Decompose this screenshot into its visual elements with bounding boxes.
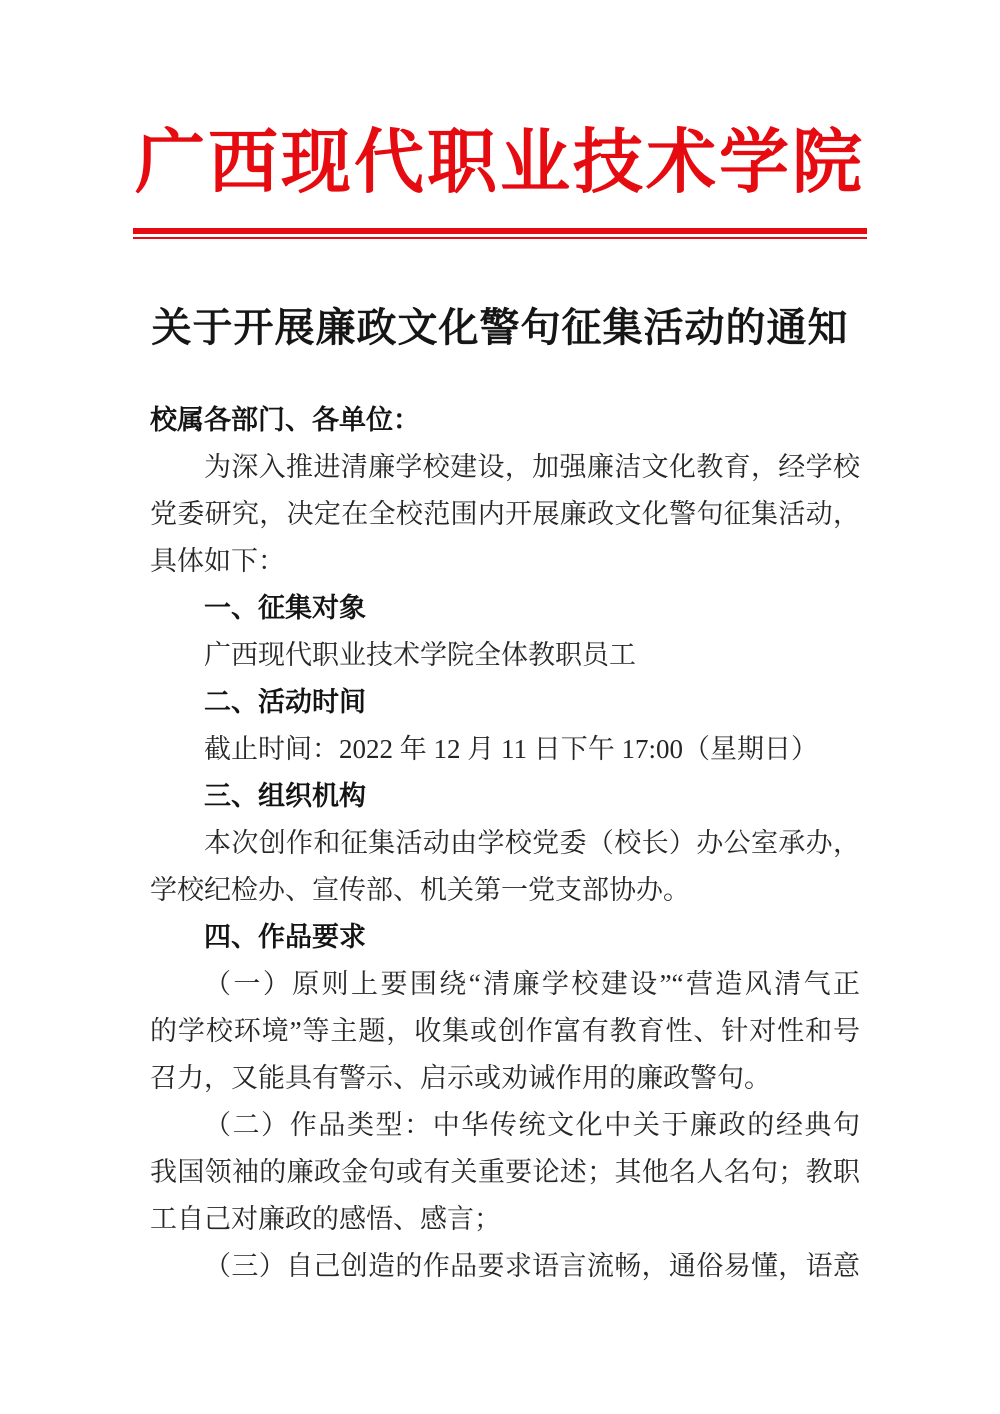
section-heading: 二、活动时间 bbox=[150, 679, 860, 726]
section-line: （二）作品类型：中华传统文化中关于廉政的经典句子； bbox=[150, 1102, 860, 1149]
section-heading: 三、组织机构 bbox=[150, 773, 860, 820]
letterhead: 广西现代职业技术学院 bbox=[0, 0, 1000, 239]
section-line: （三）自己创造的作品要求语言流畅，通俗易懂，语意 bbox=[150, 1243, 860, 1290]
section-activity-time: 二、活动时间 截止时间：2022 年 12 月 11 日下午 17:00（星期日… bbox=[150, 679, 860, 773]
notice-title: 关于开展廉政文化警句征集活动的通知 bbox=[0, 299, 1000, 357]
intro-line: 具体如下： bbox=[150, 538, 860, 585]
notice-document-page: 广西现代职业技术学院 关于开展廉政文化警句征集活动的通知 校属各部门、各单位： … bbox=[0, 0, 1000, 1414]
letterhead-divider-thin-line bbox=[133, 237, 867, 239]
section-work-requirements: 四、作品要求 （一）原则上要围绕“清廉学校建设”“营造风清气正 的学校环境”等主… bbox=[150, 914, 860, 1290]
section-heading: 一、征集对象 bbox=[150, 585, 860, 632]
section-line: 本次创作和征集活动由学校党委（校长）办公室承办， bbox=[150, 820, 860, 867]
section-line: 截止时间：2022 年 12 月 11 日下午 17:00（星期日） bbox=[150, 726, 860, 773]
section-line: 学校纪检办、宣传部、机关第一党支部协办。 bbox=[150, 867, 860, 914]
section-line: 的学校环境”等主题，收集或创作富有教育性、针对性和号 bbox=[150, 1008, 860, 1055]
intro-line: 为深入推进清廉学校建设，加强廉洁文化教育，经学校 bbox=[150, 444, 860, 491]
section-line: 广西现代职业技术学院全体教职员工 bbox=[150, 632, 860, 679]
section-organization: 三、组织机构 本次创作和征集活动由学校党委（校长）办公室承办， 学校纪检办、宣传… bbox=[150, 773, 860, 914]
letterhead-divider-thick-line bbox=[133, 228, 867, 234]
section-line: （一）原则上要围绕“清廉学校建设”“营造风清气正 bbox=[150, 961, 860, 1008]
section-line: 工自己对廉政的感悟、感言； bbox=[150, 1196, 860, 1243]
letterhead-school-name: 广西现代职业技术学院 bbox=[0, 114, 1000, 214]
section-heading: 四、作品要求 bbox=[150, 914, 860, 961]
section-line: 我国领袖的廉政金句或有关重要论述；其他名人名句；教职 bbox=[150, 1149, 860, 1196]
section-line: 召力，又能具有警示、启示或劝诫作用的廉政警句。 bbox=[150, 1055, 860, 1102]
section-collection-target: 一、征集对象 广西现代职业技术学院全体教职员工 bbox=[150, 585, 860, 679]
intro-line: 党委研究，决定在全校范围内开展廉政文化警句征集活动， bbox=[150, 491, 860, 538]
salutation: 校属各部门、各单位： bbox=[150, 397, 860, 444]
notice-body: 校属各部门、各单位： 为深入推进清廉学校建设，加强廉洁文化教育，经学校 党委研究… bbox=[150, 397, 860, 1290]
letterhead-divider bbox=[133, 228, 867, 239]
